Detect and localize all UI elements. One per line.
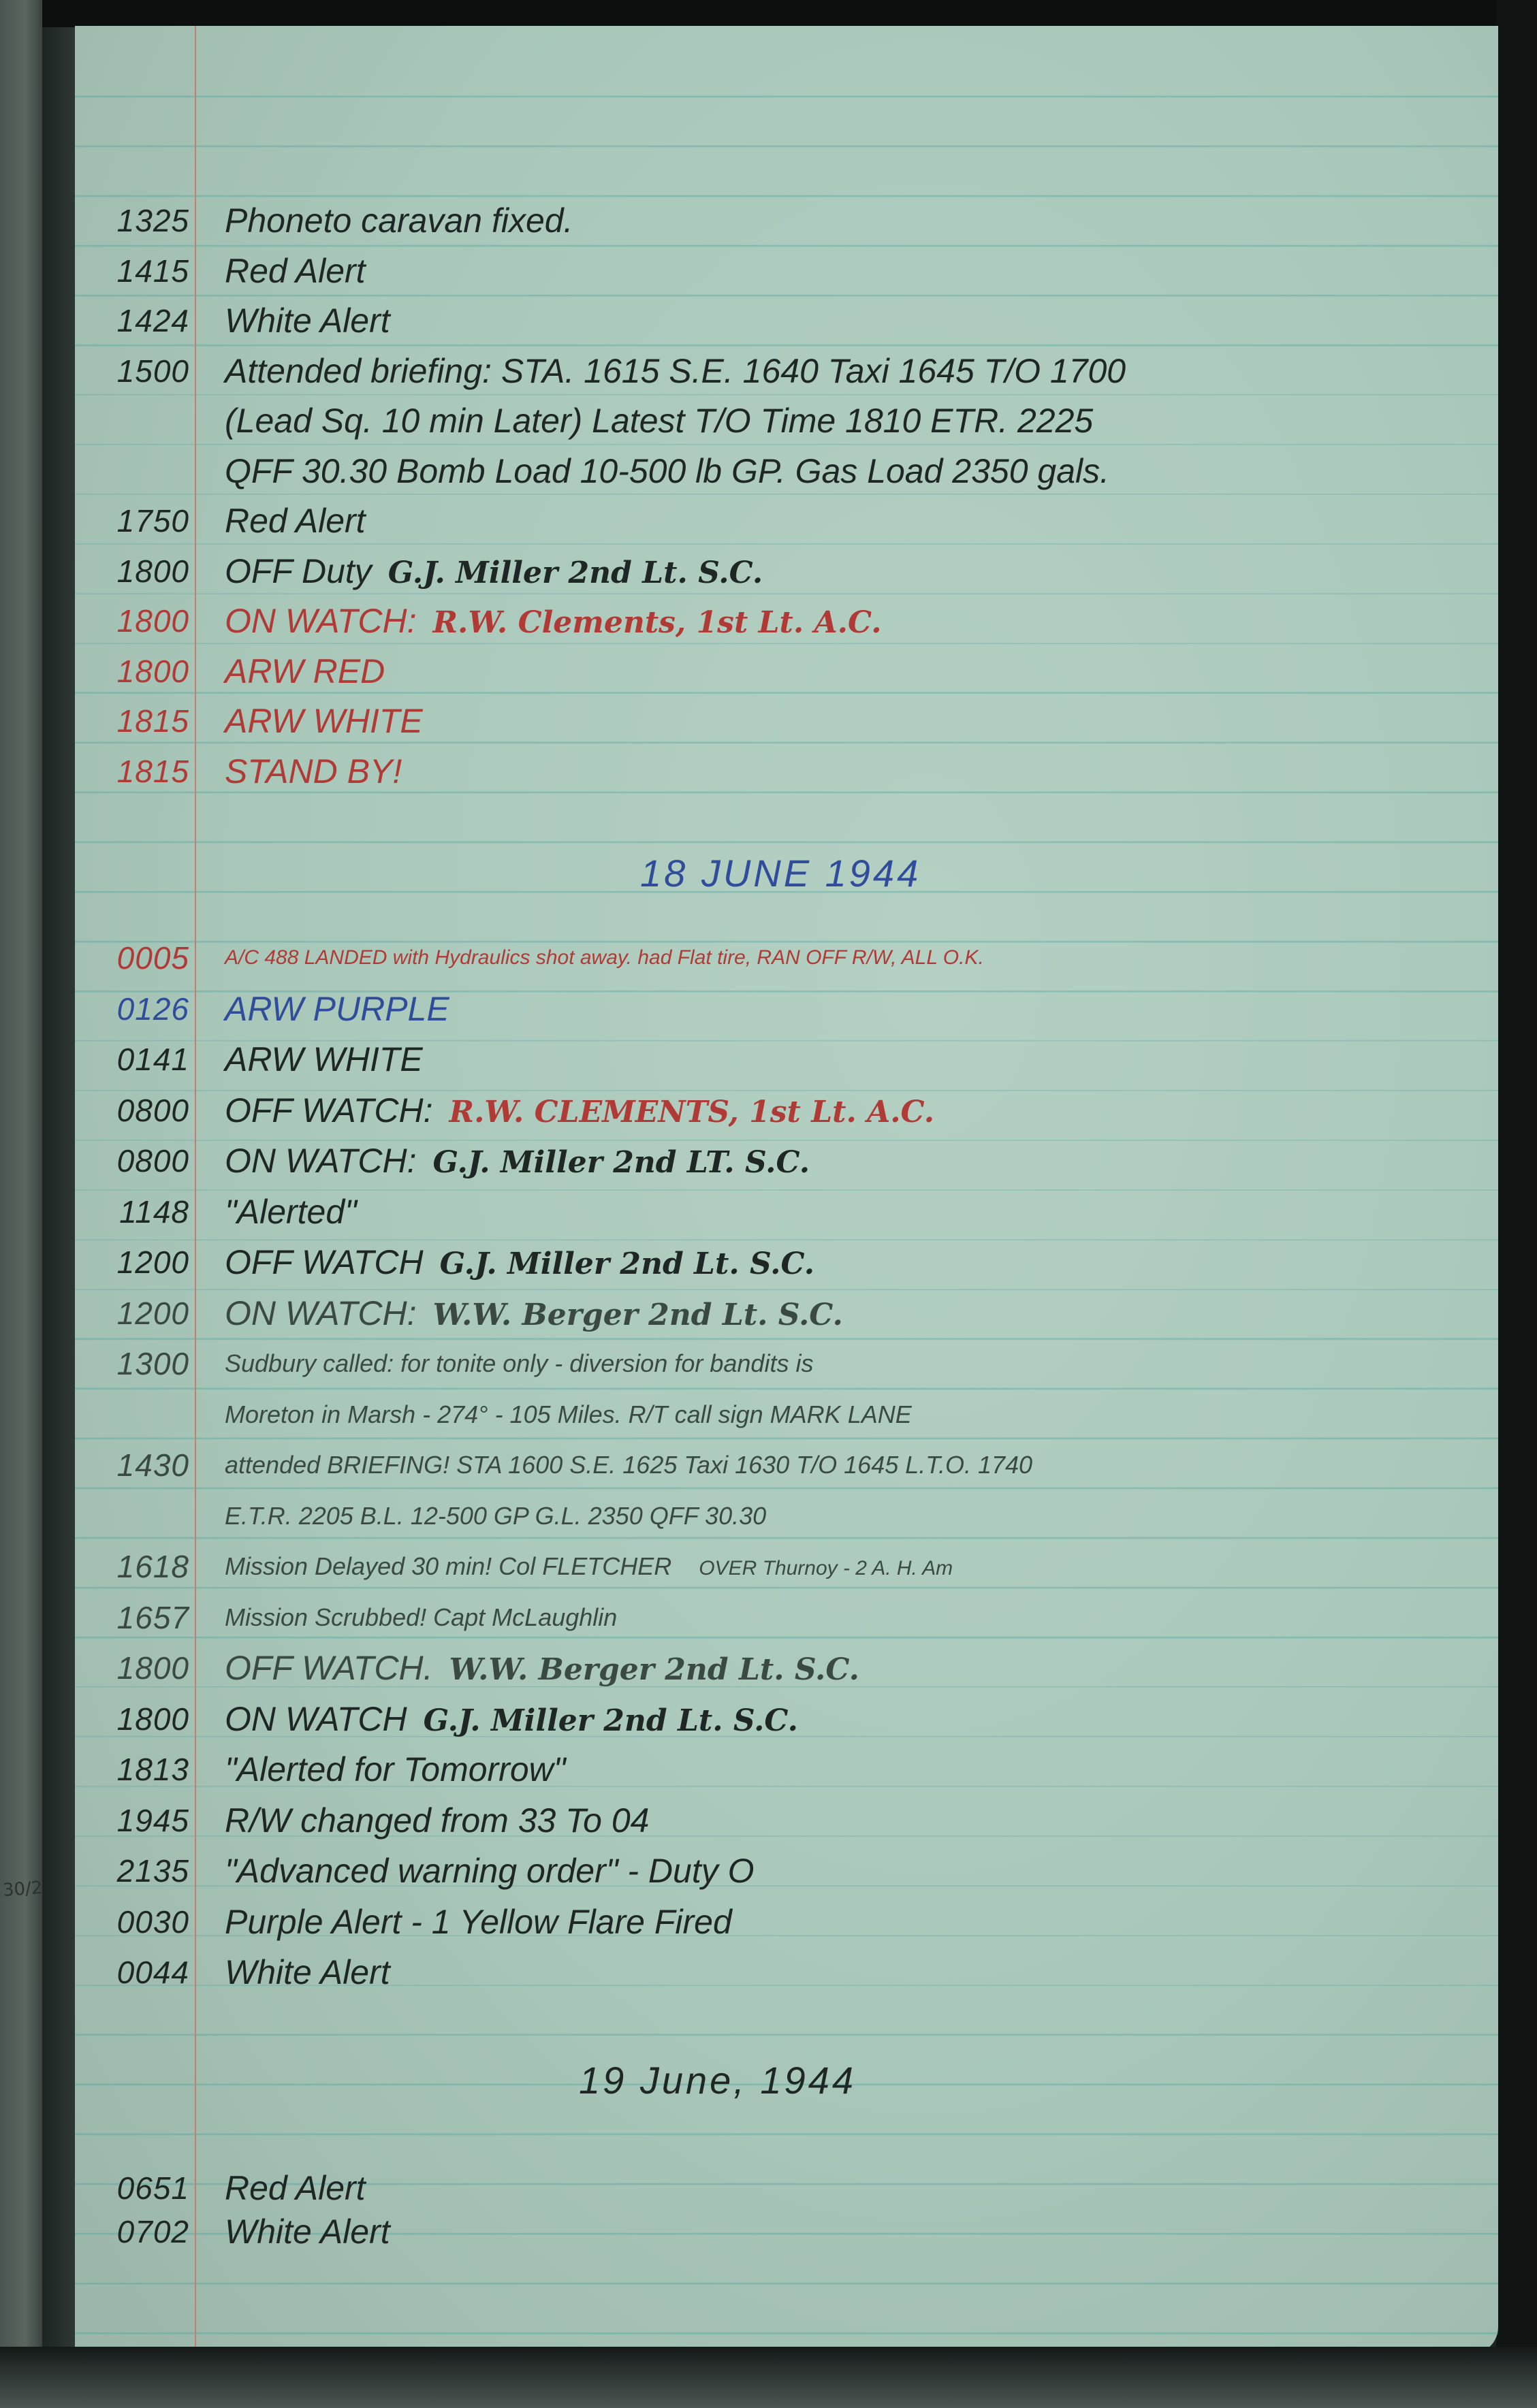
log-entry: E.T.R. 2205 B.L. 12-500 GP G.L. 2350 QFF… xyxy=(75,1492,1498,1541)
entry-time: 1430 xyxy=(87,1441,189,1490)
entry-description: Purple Alert - 1 Yellow Flare Fired xyxy=(225,1903,732,1941)
log-entry: 1500Attended briefing: STA. 1615 S.E. 16… xyxy=(75,347,1498,396)
entry-time: 1200 xyxy=(87,1289,189,1338)
entry-text: OFF WATCH:R.W. CLEMENTS, 1st Lt. A.C. xyxy=(225,1086,934,1137)
book-top-edge xyxy=(42,0,1537,27)
log-entry: QFF 30.30 Bomb Load 10-500 lb GP. Gas Lo… xyxy=(75,447,1498,496)
entry-text: Attended briefing: STA. 1615 S.E. 1640 T… xyxy=(225,347,1126,396)
entry-text: "Alerted for Tomorrow" xyxy=(225,1745,566,1794)
log-entry: 0800ON WATCH:G.J. Miller 2nd LT. S.C. xyxy=(75,1136,1498,1185)
entry-time: 1750 xyxy=(87,496,189,545)
entry-time: 0702 xyxy=(87,2207,189,2256)
entry-time: 0044 xyxy=(87,1948,189,1997)
entry-description: ARW WHITE xyxy=(225,702,423,740)
officer-signature: G.J. Miller 2nd Lt. S.C. xyxy=(424,1703,798,1738)
entry-text: OFF WATCHG.J. Miller 2nd Lt. S.C. xyxy=(225,1238,814,1289)
entry-time: 1815 xyxy=(87,747,189,796)
entry-time: 1500 xyxy=(87,347,189,396)
entry-description: ON WATCH: xyxy=(225,1294,416,1332)
entry-note: OVER Thurnoy - 2 A. H. Am xyxy=(699,1557,953,1579)
entry-text: Red Alert xyxy=(225,496,366,545)
log-entry: 1800ARW RED xyxy=(75,647,1498,696)
entry-text: ARW WHITE xyxy=(225,696,423,745)
entry-description: White Alert xyxy=(225,2213,390,2251)
entry-description: Moreton in Marsh - 274° - 105 Miles. R/T… xyxy=(225,1400,912,1428)
log-entry: 0141ARW WHITE xyxy=(75,1035,1498,1084)
entry-text: OFF DutyG.J. Miller 2nd Lt. S.C. xyxy=(225,547,763,598)
date-heading-18-june: 18 JUNE 1944 xyxy=(640,851,921,895)
log-entry: 1325Phoneto caravan fixed. xyxy=(75,196,1498,245)
entry-text: E.T.R. 2205 B.L. 12-500 GP G.L. 2350 QFF… xyxy=(225,1492,766,1541)
officer-signature: G.J. Miller 2nd Lt. S.C. xyxy=(388,556,763,590)
entry-description: Sudbury called: for tonite only - divers… xyxy=(225,1349,813,1377)
entry-text: OFF WATCH.W.W. Berger 2nd Lt. S.C. xyxy=(225,1643,859,1695)
entry-text: ARW PURPLE xyxy=(225,984,449,1033)
log-entry: 1800ON WATCHG.J. Miller 2nd Lt. S.C. xyxy=(75,1695,1498,1744)
entry-time: 1148 xyxy=(87,1187,189,1236)
entry-text: A/C 488 LANDED with Hydraulics shot away… xyxy=(225,933,984,982)
entry-description: A/C 488 LANDED with Hydraulics shot away… xyxy=(225,946,984,969)
entry-text: STAND BY! xyxy=(225,747,402,796)
entry-text: (Lead Sq. 10 min Later) Latest T/O Time … xyxy=(225,396,1093,445)
entry-description: Red Alert xyxy=(225,252,366,290)
book-binding xyxy=(0,0,42,2408)
entry-description: OFF Duty xyxy=(225,552,372,590)
entry-description: STAND BY! xyxy=(225,752,402,790)
entry-text: Phoneto caravan fixed. xyxy=(225,196,573,245)
log-entry: 1750Red Alert xyxy=(75,496,1498,545)
entry-description: Attended briefing: STA. 1615 S.E. 1640 T… xyxy=(225,352,1126,390)
log-entry: 1424White Alert xyxy=(75,296,1498,345)
entry-time: 1200 xyxy=(87,1238,189,1287)
log-entry: 0030Purple Alert - 1 Yellow Flare Fired xyxy=(75,1897,1498,1946)
entry-description: Mission Scrubbed! Capt McLaughlin xyxy=(225,1603,617,1631)
entry-time: 0141 xyxy=(87,1035,189,1084)
entry-time: 1945 xyxy=(87,1796,189,1845)
log-entry: 1800OFF DutyG.J. Miller 2nd Lt. S.C. xyxy=(75,547,1498,596)
entry-text: R/W changed from 33 To 04 xyxy=(225,1796,650,1845)
entry-time: 0800 xyxy=(87,1136,189,1185)
log-entry: 1148"Alerted" xyxy=(75,1187,1498,1236)
log-entry: 2135"Advanced warning order" - Duty O xyxy=(75,1846,1498,1895)
entry-description: OFF WATCH xyxy=(225,1243,424,1281)
entry-description: Red Alert xyxy=(225,2169,366,2207)
entry-description: ON WATCH: xyxy=(225,602,416,640)
log-entry: 1200ON WATCH:W.W. Berger 2nd Lt. S.C. xyxy=(75,1289,1498,1338)
entry-description: OFF WATCH. xyxy=(225,1649,433,1687)
book-right-edge xyxy=(1496,0,1537,2408)
entry-description: OFF WATCH: xyxy=(225,1091,433,1129)
entry-time: 1815 xyxy=(87,696,189,745)
entry-time: 0126 xyxy=(87,984,189,1033)
officer-signature: W.W. Berger 2nd Lt. S.C. xyxy=(432,1298,842,1332)
log-entry: 0800OFF WATCH:R.W. CLEMENTS, 1st Lt. A.C… xyxy=(75,1086,1498,1135)
log-entry: 1945R/W changed from 33 To 04 xyxy=(75,1796,1498,1845)
entry-description: White Alert xyxy=(225,302,390,340)
entry-text: White Alert xyxy=(225,1948,390,1997)
entry-description: (Lead Sq. 10 min Later) Latest T/O Time … xyxy=(225,402,1093,440)
entry-time: 1800 xyxy=(87,596,189,645)
log-entry: 1813"Alerted for Tomorrow" xyxy=(75,1745,1498,1794)
officer-signature: G.J. Miller 2nd Lt. S.C. xyxy=(440,1247,814,1281)
officer-signature: G.J. Miller 2nd LT. S.C. xyxy=(432,1145,810,1180)
entry-description: ON WATCH xyxy=(225,1700,407,1738)
log-entry: 1815STAND BY! xyxy=(75,747,1498,796)
log-entry: 1300Sudbury called: for tonite only - di… xyxy=(75,1339,1498,1388)
entry-time: 1618 xyxy=(87,1542,189,1591)
entry-description: Mission Delayed 30 min! Col FLETCHER xyxy=(225,1552,671,1580)
entry-time: 1415 xyxy=(87,246,189,295)
entry-description: ARW PURPLE xyxy=(225,990,449,1028)
entry-text: Sudbury called: for tonite only - divers… xyxy=(225,1339,813,1388)
entry-description: ON WATCH: xyxy=(225,1142,416,1180)
log-entry: 0044White Alert xyxy=(75,1948,1498,1997)
log-entry: 1800OFF WATCH.W.W. Berger 2nd Lt. S.C. xyxy=(75,1643,1498,1692)
entry-text: "Advanced warning order" - Duty O xyxy=(225,1846,755,1895)
entry-time: 1800 xyxy=(87,547,189,596)
entry-text: White Alert xyxy=(225,296,390,345)
log-entry: 1800ON WATCH:R.W. Clements, 1st Lt. A.C. xyxy=(75,596,1498,645)
entry-description: "Alerted" xyxy=(225,1193,357,1231)
log-entry: 0005A/C 488 LANDED with Hydraulics shot … xyxy=(75,933,1498,982)
log-entry: 1815ARW WHITE xyxy=(75,696,1498,745)
entry-text: ON WATCH:W.W. Berger 2nd Lt. S.C. xyxy=(225,1289,843,1340)
entry-time: 1800 xyxy=(87,1643,189,1692)
entry-text: ON WATCH:G.J. Miller 2nd LT. S.C. xyxy=(225,1136,810,1187)
entry-description: "Alerted for Tomorrow" xyxy=(225,1750,566,1788)
entry-text: Red Alert xyxy=(225,2164,366,2213)
entry-text: Mission Scrubbed! Capt McLaughlin xyxy=(225,1593,617,1642)
entry-time: 1300 xyxy=(87,1339,189,1388)
log-page: 1325Phoneto caravan fixed.1415Red Alert1… xyxy=(75,26,1498,2354)
entry-text: ON WATCH:R.W. Clements, 1st Lt. A.C. xyxy=(225,596,882,647)
entry-description: "Advanced warning order" - Duty O xyxy=(225,1852,755,1890)
log-entry: 1430attended BRIEFING! STA 1600 S.E. 162… xyxy=(75,1441,1498,1490)
entry-description: E.T.R. 2205 B.L. 12-500 GP G.L. 2350 QFF… xyxy=(225,1502,766,1530)
log-entry: 0702White Alert xyxy=(75,2207,1498,2256)
log-entry: 0126ARW PURPLE xyxy=(75,984,1498,1033)
entry-description: attended BRIEFING! STA 1600 S.E. 1625 Ta… xyxy=(225,1451,1032,1479)
date-heading-19-june: 19 June, 1944 xyxy=(579,2058,856,2102)
officer-signature: R.W. Clements, 1st Lt. A.C. xyxy=(432,605,881,640)
entry-time: 1424 xyxy=(87,296,189,345)
entry-description: Red Alert xyxy=(225,502,366,540)
log-entry: 0651Red Alert xyxy=(75,2164,1498,2213)
entry-text: Moreton in Marsh - 274° - 105 Miles. R/T… xyxy=(225,1390,912,1439)
entry-description: R/W changed from 33 To 04 xyxy=(225,1801,650,1840)
entry-text: ARW RED xyxy=(225,647,385,696)
entry-time: 0030 xyxy=(87,1897,189,1946)
entry-text: ON WATCHG.J. Miller 2nd Lt. S.C. xyxy=(225,1695,798,1746)
entry-text: Mission Delayed 30 min! Col FLETCHEROVER… xyxy=(225,1542,953,1593)
book-bottom-edge xyxy=(0,2347,1537,2408)
entry-text: QFF 30.30 Bomb Load 10-500 lb GP. Gas Lo… xyxy=(225,447,1109,496)
entry-time: 1325 xyxy=(87,196,189,245)
log-entry: (Lead Sq. 10 min Later) Latest T/O Time … xyxy=(75,396,1498,445)
log-entry: Moreton in Marsh - 274° - 105 Miles. R/T… xyxy=(75,1390,1498,1439)
entry-time: 1800 xyxy=(87,1695,189,1744)
entry-time: 0651 xyxy=(87,2164,189,2213)
log-entry: 1415Red Alert xyxy=(75,246,1498,295)
entry-time: 1657 xyxy=(87,1593,189,1642)
officer-signature: W.W. Berger 2nd Lt. S.C. xyxy=(449,1652,859,1687)
entry-time: 1813 xyxy=(87,1745,189,1794)
entry-text: ARW WHITE xyxy=(225,1035,423,1084)
entry-time: 0800 xyxy=(87,1086,189,1135)
log-entry: 1657Mission Scrubbed! Capt McLaughlin xyxy=(75,1593,1498,1642)
entry-time: 0005 xyxy=(87,933,189,982)
entry-description: White Alert xyxy=(225,1953,390,1991)
entry-text: Purple Alert - 1 Yellow Flare Fired xyxy=(225,1897,732,1946)
entry-description: ARW RED xyxy=(225,652,385,690)
entry-text: Red Alert xyxy=(225,246,366,295)
entry-text: White Alert xyxy=(225,2207,390,2256)
entry-description: ARW WHITE xyxy=(225,1040,423,1078)
entry-description: QFF 30.30 Bomb Load 10-500 lb GP. Gas Lo… xyxy=(225,452,1109,490)
binding-note: 30/2 xyxy=(2,1878,43,1901)
entry-time: 2135 xyxy=(87,1846,189,1895)
entry-text: attended BRIEFING! STA 1600 S.E. 1625 Ta… xyxy=(225,1441,1032,1490)
entry-text: "Alerted" xyxy=(225,1187,357,1236)
log-entry: 1200OFF WATCHG.J. Miller 2nd Lt. S.C. xyxy=(75,1238,1498,1287)
officer-signature: R.W. CLEMENTS, 1st Lt. A.C. xyxy=(449,1095,935,1129)
log-entry: 1618Mission Delayed 30 min! Col FLETCHER… xyxy=(75,1542,1498,1591)
entry-description: Phoneto caravan fixed. xyxy=(225,202,573,240)
entry-time: 1800 xyxy=(87,647,189,696)
